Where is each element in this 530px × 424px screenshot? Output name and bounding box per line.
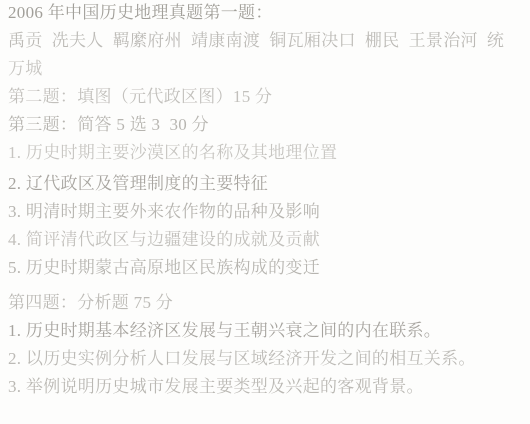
text-line: 3. 举例说明历史城市发展主要类型及兴起的客观背景。 xyxy=(8,377,526,396)
text-line: 2. 以历史实例分析人口发展与区域经济开发之间的相互关系。 xyxy=(8,349,526,368)
text-line: 第四题：分析题 75 分 xyxy=(8,293,526,312)
text-line: 第二题：填图（元代政区图）15 分 xyxy=(8,87,526,106)
document-body: 2006 年中国历史地理真题第一题：禹贡 冼夫人 羁縻府州 靖康南渡 铜瓦厢决口… xyxy=(8,3,526,405)
scanned-document-page: 2006 年中国历史地理真题第一题：禹贡 冼夫人 羁縻府州 靖康南渡 铜瓦厢决口… xyxy=(0,0,530,424)
text-line: 2006 年中国历史地理真题第一题： xyxy=(8,3,526,22)
text-line: 1. 历史时期主要沙漠区的名称及其地理位置 xyxy=(8,143,526,162)
text-line: 3. 明清时期主要外来农作物的品种及影响 xyxy=(8,202,526,221)
text-line: 5. 历史时期蒙古高原地区民族构成的变迁 xyxy=(8,258,526,277)
text-line: 1. 历史时期基本经济区发展与王朝兴衰之间的内在联系。 xyxy=(8,321,526,340)
text-line: 万城 xyxy=(8,59,526,78)
text-line: 4. 简评清代政区与边疆建设的成就及贡献 xyxy=(8,230,526,249)
text-line: 禹贡 冼夫人 羁縻府州 靖康南渡 铜瓦厢决口 棚民 王景治河 统 xyxy=(8,31,526,50)
text-line: 2. 辽代政区及管理制度的主要特征 xyxy=(8,174,526,193)
text-line: 第三题：简答 5 选 3 30 分 xyxy=(8,115,526,134)
